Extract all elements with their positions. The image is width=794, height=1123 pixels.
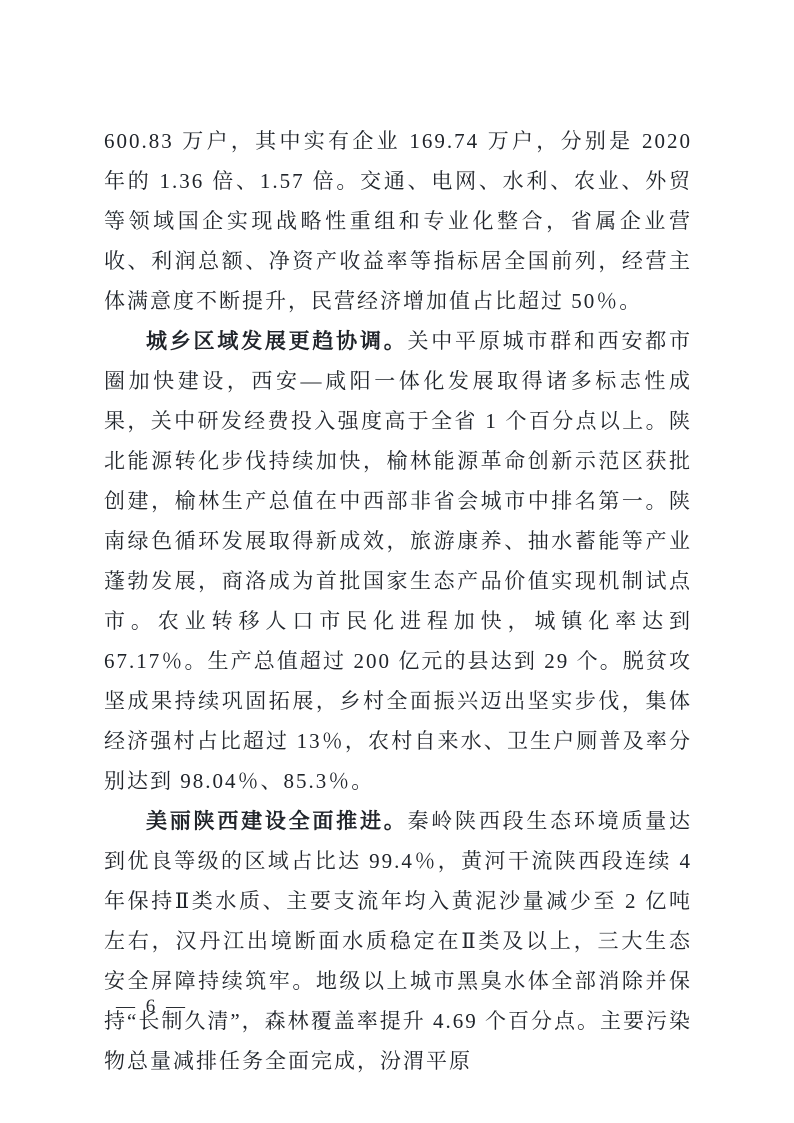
paragraph-text: 600.83 万户，其中实有企业 169.74 万户，分别是 2020 年的 1… [104, 129, 692, 313]
page-number: — 6 — [116, 996, 188, 1018]
paragraph-text: 关中平原城市群和西安都市圈加快建设，西安—咸阳一体化发展取得诸多标志性成果，关中… [104, 329, 692, 793]
paragraph-enterprises-continuation: 600.83 万户，其中实有企业 169.74 万户，分别是 2020 年的 1… [104, 121, 692, 321]
paragraph-urban-rural-coordination: 城乡区域发展更趋协调。关中平原城市群和西安都市圈加快建设，西安—咸阳一体化发展取… [104, 321, 692, 801]
document-page: 600.83 万户，其中实有企业 169.74 万户，分别是 2020 年的 1… [0, 0, 794, 1123]
paragraph-lead-bold: 城乡区域发展更趋协调。 [146, 329, 408, 353]
page-body-text: 600.83 万户，其中实有企业 169.74 万户，分别是 2020 年的 1… [104, 121, 692, 1081]
paragraph-beautiful-shaanxi: 美丽陕西建设全面推进。秦岭陕西段生态环境质量达到优良等级的区域占比达 99.4％… [104, 801, 692, 1081]
paragraph-lead-bold: 美丽陕西建设全面推进。 [146, 809, 408, 833]
paragraph-text: 秦岭陕西段生态环境质量达到优良等级的区域占比达 99.4％，黄河干流陕西段连续 … [104, 809, 692, 1073]
